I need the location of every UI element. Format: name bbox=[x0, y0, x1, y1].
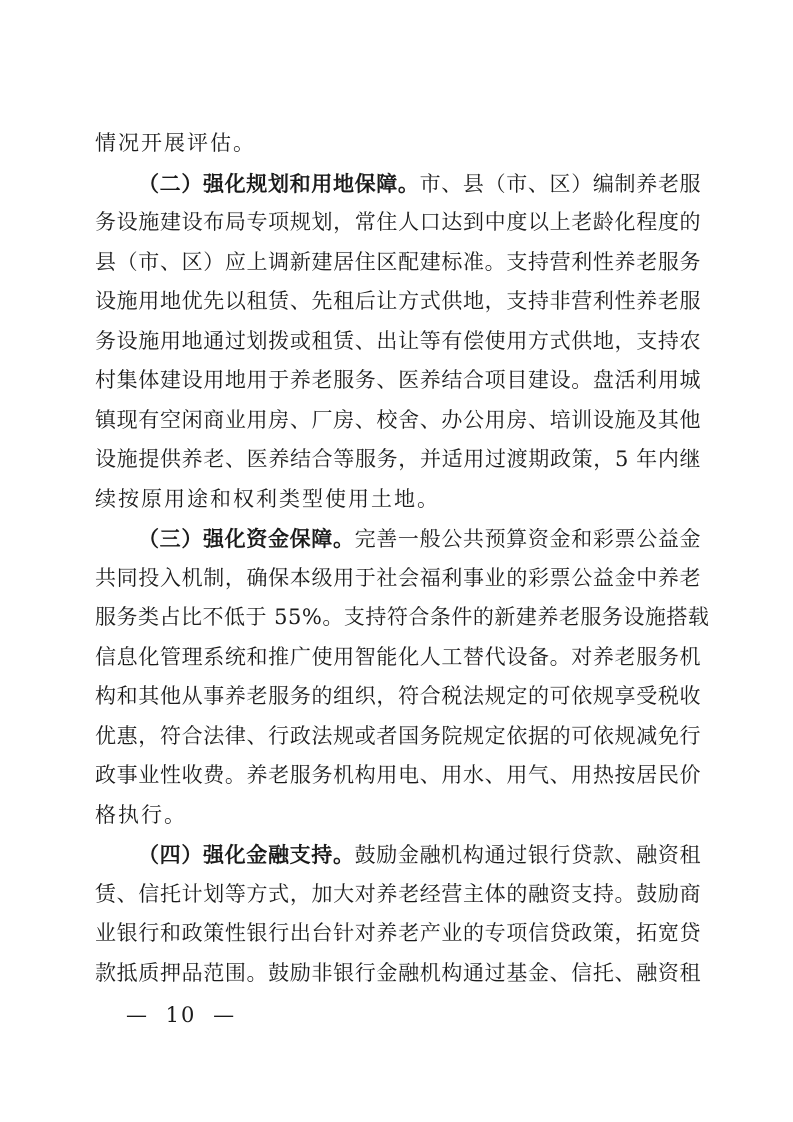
text-line: 续按原用途和权利类型使用土地。 bbox=[95, 480, 701, 520]
text-line: 业银行和政策性银行出台针对养老产业的专项信贷政策，拓宽贷 bbox=[95, 914, 701, 954]
body-line-text: 设施提供养老、医养结合等服务，并适用过渡期政策，5 年内继 bbox=[95, 447, 701, 471]
body-line-text: 构和其他从事养老服务的组织，符合税法规定的可依规享受税收 bbox=[95, 684, 701, 708]
body-line-text: 情况开展评估。 bbox=[95, 131, 256, 155]
body-line-text: 续按原用途和权利类型使用土地。 bbox=[95, 487, 440, 511]
text-line: 村集体建设用地用于养老服务、医养结合项目建设。盘活利用城 bbox=[95, 361, 701, 401]
body-line-text: 完善一般公共预算资金和彩票公益金 bbox=[355, 527, 701, 551]
body-line-text: 格执行。 bbox=[95, 803, 187, 827]
text-line: 镇现有空闲商业用房、厂房、校舍、办公用房、培训设施及其他 bbox=[95, 401, 701, 441]
text-line: 信息化管理系统和推广使用智能化人工替代设备。对养老服务机 bbox=[95, 638, 701, 678]
text-line: 优惠，符合法律、行政法规或者国务院规定依据的可依规减免行 bbox=[95, 717, 701, 757]
body-line-text: 镇现有空闲商业用房、厂房、校舍、办公用房、培训设施及其他 bbox=[95, 408, 701, 432]
body-line-text: 政事业性收费。养老服务机构用电、用水、用气、用热按居民价 bbox=[95, 763, 701, 787]
text-line: 情况开展评估。 bbox=[95, 124, 701, 164]
text-line: 设施提供养老、医养结合等服务，并适用过渡期政策，5 年内继 bbox=[95, 440, 701, 480]
text-line: 政事业性收费。养老服务机构用电、用水、用气、用热按居民价 bbox=[95, 756, 701, 796]
text-line: 共同投入机制，确保本级用于社会福利事业的彩票公益金中养老 bbox=[95, 559, 701, 599]
text-line: 构和其他从事养老服务的组织，符合税法规定的可依规享受税收 bbox=[95, 677, 701, 717]
text-line: （三）强化资金保障。完善一般公共预算资金和彩票公益金 bbox=[95, 519, 701, 559]
body-line-text: 县（市、区）应上调新建居住区配建标准。支持营利性养老服务 bbox=[95, 250, 701, 274]
section-heading-text: （三）强化资金保障。 bbox=[138, 526, 355, 551]
text-line: 务设施用地通过划拨或租赁、出让等有偿使用方式供地，支持农 bbox=[95, 322, 701, 362]
body-line-text: 服务类占比不低于 55%。支持符合条件的新建养老服务设施搭载 bbox=[95, 605, 709, 629]
body-line-text: 优惠，符合法律、行政法规或者国务院规定依据的可依规减免行 bbox=[95, 724, 701, 748]
text-line: 服务类占比不低于 55%。支持符合条件的新建养老服务设施搭载 bbox=[95, 598, 701, 638]
body-line-text: 务设施用地通过划拨或租赁、出让等有偿使用方式供地，支持农 bbox=[95, 329, 701, 353]
body-line-text: 款抵质押品范围。鼓励非银行金融机构通过基金、信托、融资租 bbox=[95, 961, 701, 985]
body-line-text: 赁、信托计划等方式，加大对养老经营主体的融资支持。鼓励商 bbox=[95, 882, 701, 906]
body-line-text: 共同投入机制，确保本级用于社会福利事业的彩票公益金中养老 bbox=[95, 566, 701, 590]
text-line: 县（市、区）应上调新建居住区配建标准。支持营利性养老服务 bbox=[95, 243, 701, 283]
document-body: 情况开展评估。 （二）强化规划和用地保障。市、县（市、区）编制养老服 务设施建设… bbox=[95, 124, 701, 993]
body-line-text: 鼓励金融机构通过银行贷款、融资租 bbox=[355, 843, 701, 867]
text-line: （二）强化规划和用地保障。市、县（市、区）编制养老服 bbox=[95, 164, 701, 204]
section-heading-text: （四）强化金融支持。 bbox=[138, 842, 355, 867]
page-number: — 10 — bbox=[126, 1000, 236, 1030]
text-line: 设施用地优先以租赁、先租后让方式供地，支持非营利性养老服 bbox=[95, 282, 701, 322]
text-line: 赁、信托计划等方式，加大对养老经营主体的融资支持。鼓励商 bbox=[95, 875, 701, 915]
body-line-text: 业银行和政策性银行出台针对养老产业的专项信贷政策，拓宽贷 bbox=[95, 921, 701, 945]
text-line: 格执行。 bbox=[95, 796, 701, 836]
text-line: 款抵质押品范围。鼓励非银行金融机构通过基金、信托、融资租 bbox=[95, 954, 701, 994]
text-line: 务设施建设布局专项规划，常住人口达到中度以上老龄化程度的 bbox=[95, 203, 701, 243]
section-heading-text: （二）强化规划和用地保障。 bbox=[138, 171, 420, 196]
document-page: 情况开展评估。 （二）强化规划和用地保障。市、县（市、区）编制养老服 务设施建设… bbox=[0, 0, 793, 1122]
body-line-text: 务设施建设布局专项规划，常住人口达到中度以上老龄化程度的 bbox=[95, 210, 701, 234]
body-line-text: 市、县（市、区）编制养老服 bbox=[420, 172, 701, 196]
text-line: （四）强化金融支持。鼓励金融机构通过银行贷款、融资租 bbox=[95, 835, 701, 875]
body-line-text: 设施用地优先以租赁、先租后让方式供地，支持非营利性养老服 bbox=[95, 289, 701, 313]
body-line-text: 信息化管理系统和推广使用智能化人工替代设备。对养老服务机 bbox=[95, 645, 701, 669]
body-line-text: 村集体建设用地用于养老服务、医养结合项目建设。盘活利用城 bbox=[95, 368, 701, 392]
